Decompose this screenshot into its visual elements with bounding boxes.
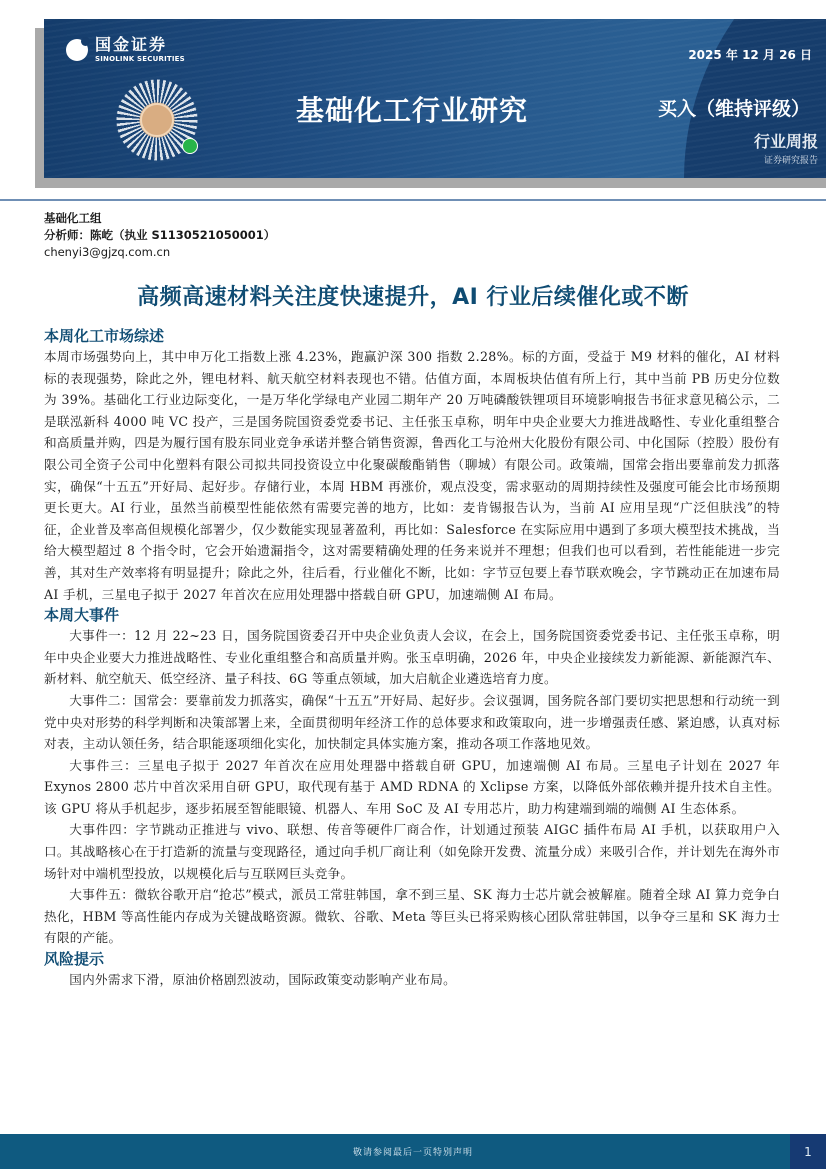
event-paragraph: 大事件五：微软谷歌开启“抢芯”模式，派员工常驻韩国，拿不到三星、SK 海力士芯片… [44,884,780,949]
logo-name-en: SINOLINK SECURITIES [95,56,185,63]
page-footer: 敬请参阅最后一页特别声明 1 [0,1134,826,1169]
investment-rating: 买入（维持评级） [658,94,810,121]
report-title: 基础化工行业研究 [296,89,528,129]
event-paragraph: 大事件三：三星电子拟于 2027 年首次在应用处理器中搭载自研 GPU，加速端侧… [44,755,780,820]
wechat-mini-program-icon [182,138,198,154]
analyst-email[interactable]: chenyi3@gjzq.com.cn [44,244,275,261]
report-headline: 高频高速材料关注度快速提升，AI 行业后续催化或不断 [0,280,826,311]
section-title: 本周化工市场综述 [44,326,780,346]
event-paragraph: 大事件一：12 月 22~23 日，国务院国资委召开中央企业负责人会议，在会上，… [44,625,780,690]
banner-shadow-bottom [35,178,826,188]
qr-center-logo-icon [140,103,174,137]
page-number: 1 [790,1134,826,1169]
section-market-overview: 本周化工市场综述 本周市场强势向上，其中申万化工指数上涨 4.23%，跑赢沪深 … [44,326,780,605]
footer-disclaimer: 敬请参阅最后一页特别声明 [353,1145,473,1158]
report-category: 证券研究报告 [764,153,818,166]
team-name: 基础化工组 [44,210,275,227]
header-divider [0,199,826,201]
logo-name-cn: 国金证券 [95,37,185,53]
paragraph: 本周市场强势向上，其中申万化工指数上涨 4.23%，跑赢沪深 300 指数 2.… [44,346,780,605]
report-date: 2025 年 12 月 26 日 [688,46,812,63]
section-risk-warning: 风险提示 国内外需求下滑，原油价格剧烈波动，国际政策变动影响产业布局。 [44,949,780,991]
report-body: 本周化工市场综述 本周市场强势向上，其中申万化工指数上涨 4.23%，跑赢沪深 … [44,326,780,991]
section-title: 本周大事件 [44,605,780,625]
logo-mark-icon [66,39,88,61]
section-weekly-events: 本周大事件 大事件一：12 月 22~23 日，国务院国资委召开中央企业负责人会… [44,605,780,949]
company-logo: 国金证券 SINOLINK SECURITIES [66,37,185,63]
paragraph: 国内外需求下滑，原油价格剧烈波动，国际政策变动影响产业布局。 [44,969,780,991]
event-paragraph: 大事件二：国常会：要靠前发力抓落实，确保“十五五”开好局、起好步。会议强调，国务… [44,690,780,755]
analyst-name: 分析师：陈屹（执业 S1130521050001） [44,227,275,244]
event-paragraph: 大事件四：字节跳动正推进与 vivo、联想、传音等硬件厂商合作，计划通过预装 A… [44,819,780,884]
report-banner: 国金证券 SINOLINK SECURITIES 基础化工行业研究 2025 年… [44,19,826,178]
analyst-info: 基础化工组 分析师：陈屹（执业 S1130521050001） chenyi3@… [44,210,275,261]
section-title: 风险提示 [44,949,780,969]
report-type: 行业周报 [754,129,818,152]
